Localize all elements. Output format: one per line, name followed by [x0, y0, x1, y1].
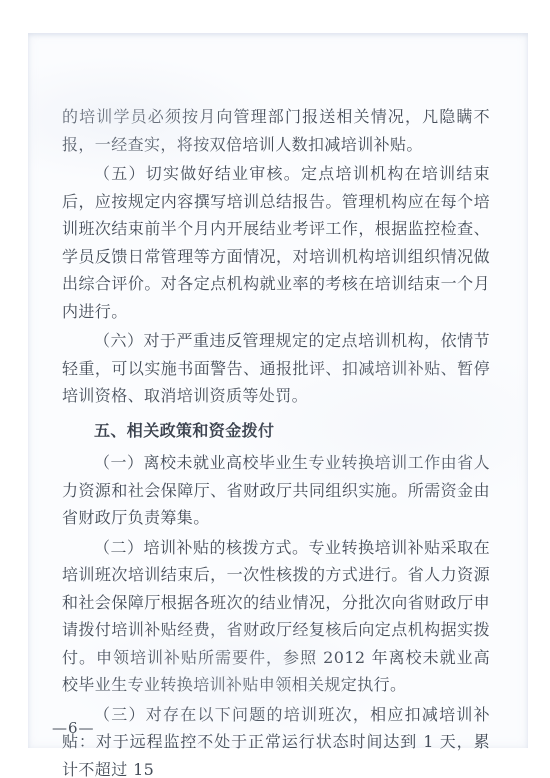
section-heading-5: 五、相关政策和资金拨付 — [62, 417, 490, 445]
screenshot-canvas: 的培训学员必须按月向管理部门报送相关情况，凡隐瞒不报，一经查实，将按双倍培训人数… — [0, 0, 550, 778]
paragraph-item-6: （六）对于严重违反管理规定的定点培训机构，依情节轻重，可以实施书面警告、通报批评… — [62, 327, 490, 410]
paragraph-item-2: （二）培训补贴的核拨方式。专业转换培训补贴采取在培训班次培训结束后，一次性核拨的… — [62, 534, 490, 699]
page-number: —6— — [52, 719, 95, 737]
paragraph-item-5: （五）切实做好结业审核。定点培训机构在培训结束后，应按规定内容撰写培训总结报告。… — [62, 160, 490, 325]
paragraph-continuation: 的培训学员必须按月向管理部门报送相关情况，凡隐瞒不报，一经查实，将按双倍培训人数… — [62, 103, 490, 158]
paragraph-item-3: （三）对存在以下问题的培训班次，相应扣减培训补贴：对于远程监控不处于正常运行状态… — [62, 701, 490, 778]
document-body: 的培训学员必须按月向管理部门报送相关情况，凡隐瞒不报，一经查实，将按双倍培训人数… — [62, 103, 490, 778]
paragraph-item-1: （一）离校未就业高校毕业生专业转换培训工作由省人力资源和社会保障厅、省财政厅共同… — [62, 449, 490, 532]
scanned-document-page: 的培训学员必须按月向管理部门报送相关情况，凡隐瞒不报，一经查实，将按双倍培训人数… — [28, 33, 528, 748]
